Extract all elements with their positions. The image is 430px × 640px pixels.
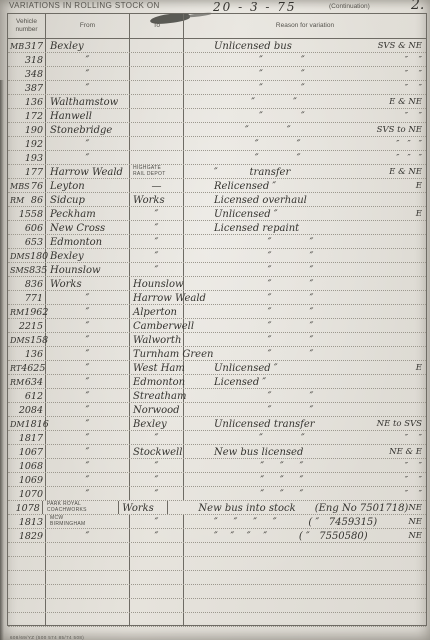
to-cell: Harrow Weald xyxy=(130,291,184,304)
variation-code: ″ ″ xyxy=(405,461,422,472)
variation-code: ″ ″ ″ xyxy=(396,139,422,150)
table-row: RM 634 ″ Edmonton Licensed ″ xyxy=(8,375,426,389)
to-cell: ″ xyxy=(130,221,184,234)
from-text: Edmonton xyxy=(50,237,102,248)
vehicle-cell: 1067 xyxy=(8,445,46,458)
to-text: Hounslow xyxy=(133,279,184,290)
from-cell: MCW BIRMINGHAM xyxy=(46,515,130,528)
from-text: Hanwell xyxy=(50,111,92,122)
vehicle-cell: RT 4625 xyxy=(8,361,46,374)
vehicle-prefix: SMS xyxy=(10,265,29,276)
vehicle-number: 1078 xyxy=(16,503,40,514)
reason-text: New bus into stock (Eng No 7501718) xyxy=(198,503,408,514)
to-cell xyxy=(130,151,184,164)
reason-cell xyxy=(184,557,426,570)
to-cell: Norwood xyxy=(130,403,184,416)
from-cell: ″ xyxy=(46,473,130,486)
vehicle-number: 634 xyxy=(25,377,43,388)
table-header-row: Vehicle number From To Reason for variat… xyxy=(8,14,426,39)
table-row: 1558 Peckham ″ Unlicensed ″ E xyxy=(8,207,426,221)
reason-cell: ″ ″ xyxy=(184,235,426,248)
vehicle-number: 4625 xyxy=(21,363,45,374)
vehicle-prefix: DM xyxy=(10,419,25,430)
variation-code: NE xyxy=(408,517,422,528)
table-row: 606 New Cross ″ Licensed repaint xyxy=(8,221,426,235)
vehicle-number: 1070 xyxy=(19,489,43,500)
reason-text: ″ ″ xyxy=(214,69,405,80)
vehicle-prefix: MB xyxy=(10,41,24,52)
reason-text: ″ ″ xyxy=(214,125,377,136)
to-cell: HIGHGATE RAIL DEPOT xyxy=(130,165,184,178)
reason-cell: ″ ″ ″ ″ ″ xyxy=(184,487,426,500)
vehicle-cell: 606 xyxy=(8,221,46,234)
reason-cell: Licensed ″ xyxy=(184,375,426,388)
vehicle-cell: 318 xyxy=(8,53,46,66)
reason-text: ″ ″ ″ ″ ( ″ 7459315) xyxy=(214,517,377,528)
to-text: ″ xyxy=(155,265,159,276)
reason-text: ″ ″ xyxy=(214,97,389,108)
reason-cell: Unlicensed ″ E xyxy=(184,361,426,374)
to-text: ″ xyxy=(155,237,159,248)
reason-cell: ″ ″ xyxy=(184,249,426,262)
from-cell: PARK ROYAL COACHWORKS xyxy=(43,501,119,514)
vehicle-cell xyxy=(8,571,46,584)
vehicle-cell xyxy=(8,557,46,570)
from-cell: Stonebridge xyxy=(46,123,130,136)
table-row: 1067 ″ Stockwell New bus licensed NE & E xyxy=(8,445,426,459)
variation-code: ″ ″ xyxy=(405,55,422,66)
from-text: ″ xyxy=(86,377,90,388)
vehicle-number: 136 xyxy=(25,349,43,360)
to-text: Edmonton xyxy=(133,377,185,388)
from-cell xyxy=(46,557,130,570)
table-row: 1817 ″ ″ ″ ″ ″ ″ xyxy=(8,431,426,445)
from-text: ″ xyxy=(86,293,90,304)
vehicle-cell: 1070 xyxy=(8,487,46,500)
vehicle-cell: RM 86 xyxy=(8,193,46,206)
to-text: ″ xyxy=(155,223,159,234)
table-row: 136 ″ Turnham Green ″ ″ xyxy=(8,347,426,361)
reason-text: ″ ″ xyxy=(214,279,422,290)
vehicle-number: 387 xyxy=(25,83,43,94)
to-text: ″ xyxy=(155,433,159,444)
vehicle-number: 177 xyxy=(25,167,43,178)
from-cell: Sidcup xyxy=(46,193,130,206)
reason-cell: Unlicensed transfer NE to SVS xyxy=(184,417,426,430)
vehicle-prefix: DMS xyxy=(10,335,30,346)
vehicle-number: 86 xyxy=(31,195,43,206)
reason-text: Relicensed ″ xyxy=(214,181,276,192)
header-reason: Reason for variation xyxy=(184,14,426,38)
from-cell: ″ xyxy=(46,137,130,150)
from-text: ″ xyxy=(86,139,90,150)
scan-edge-shadow xyxy=(0,80,4,640)
to-cell: Walworth xyxy=(130,333,184,346)
variation-code: NE xyxy=(408,503,422,514)
from-text: MCW BIRMINGHAM xyxy=(50,516,86,528)
reason-cell: ″ ″ xyxy=(184,347,426,360)
reason-cell: ″ ″ xyxy=(184,291,426,304)
vehicle-cell: 836 xyxy=(8,277,46,290)
to-text: ″ xyxy=(155,475,159,486)
from-text: Stonebridge xyxy=(50,125,112,136)
reason-cell: ″ ″ ″ ″ xyxy=(184,431,426,444)
to-text: Streatham xyxy=(133,391,186,402)
to-cell xyxy=(130,557,184,570)
reason-cell xyxy=(184,599,426,612)
table-row: 192 ″ ″ ″ ″ ″ ″ xyxy=(8,137,426,151)
variation-code: SVS & NE xyxy=(378,41,422,52)
to-cell xyxy=(130,571,184,584)
to-cell: ″ xyxy=(130,235,184,248)
from-cell: Peckham xyxy=(46,207,130,220)
table-row: RM 86 Sidcup Works Licensed overhaul xyxy=(8,193,426,207)
variation-code: E xyxy=(416,363,422,374)
vehicle-number: 318 xyxy=(25,55,43,66)
from-cell: ″ xyxy=(46,375,130,388)
reason-text: ″ ″ xyxy=(214,433,405,444)
from-cell: Hanwell xyxy=(46,109,130,122)
table-row: 771 ″ Harrow Weald ″ ″ xyxy=(8,291,426,305)
to-cell xyxy=(130,543,184,556)
to-text: Stockwell xyxy=(133,447,182,458)
from-cell: ″ xyxy=(46,347,130,360)
reason-cell xyxy=(184,585,426,598)
empty-row xyxy=(8,599,426,613)
from-text: Leyton xyxy=(50,181,85,192)
from-text: Hounslow xyxy=(50,265,101,276)
reason-cell: ″ ″ xyxy=(184,305,426,318)
reason-cell: ″ ″ E & NE xyxy=(184,95,426,108)
from-text: Peckham xyxy=(50,209,96,220)
vehicle-cell: 1817 xyxy=(8,431,46,444)
variation-code: ″ ″ xyxy=(405,111,422,122)
to-text: ″ xyxy=(155,461,159,472)
to-text: Walworth xyxy=(133,335,181,346)
from-cell: ″ xyxy=(46,67,130,80)
reason-text: Unlicensed bus xyxy=(214,41,292,52)
document-date-handwritten: 20 - 3 - 75 xyxy=(213,0,297,14)
reason-cell: ″ ″ ″ ″ xyxy=(184,67,426,80)
reason-text: ″ ″ xyxy=(214,335,422,346)
reason-cell: ″ ″ ″ ″ ″ xyxy=(184,473,426,486)
vehicle-number: 1558 xyxy=(19,209,43,220)
from-cell: ″ xyxy=(46,81,130,94)
to-cell xyxy=(130,585,184,598)
from-text: Bexley xyxy=(50,251,84,262)
empty-row xyxy=(8,613,426,627)
vehicle-cell: 192 xyxy=(8,137,46,150)
reason-text: ″ ″ xyxy=(214,405,422,416)
continuation-label: (Continuation) xyxy=(329,3,370,10)
vehicle-number: 136 xyxy=(25,97,43,108)
reason-text: ″ ″ xyxy=(214,251,422,262)
to-cell: ″ xyxy=(130,431,184,444)
from-text: New Cross xyxy=(50,223,105,234)
reason-cell: ″ ″ xyxy=(184,319,426,332)
reason-cell: New bus licensed NE & E xyxy=(184,445,426,458)
vehicle-cell: 136 xyxy=(8,347,46,360)
from-text: ″ xyxy=(86,405,90,416)
vehicle-number: 317 xyxy=(25,41,43,52)
table-row: MBS 76 Leyton — Relicensed ″ E xyxy=(8,179,426,193)
to-cell: Works xyxy=(119,501,168,514)
from-cell: ″ xyxy=(46,417,130,430)
reason-text: Unlicensed ″ xyxy=(214,209,278,220)
from-text: ″ xyxy=(86,153,90,164)
to-text: West Ham xyxy=(133,363,185,374)
to-text: HIGHGATE RAIL DEPOT xyxy=(133,166,166,178)
vehicle-cell xyxy=(8,613,46,626)
reason-cell: Unlicensed bus SVS & NE xyxy=(184,39,426,52)
from-cell: ″ xyxy=(46,151,130,164)
vehicle-number: 612 xyxy=(25,391,43,402)
from-cell xyxy=(46,613,130,626)
from-cell: Hounslow xyxy=(46,263,130,276)
table-row: MB 317 Bexley Unlicensed bus SVS & NE xyxy=(8,39,426,53)
vehicle-cell: 1069 xyxy=(8,473,46,486)
variation-code: ″ ″ xyxy=(405,475,422,486)
table-row: 318 ″ ″ ″ ″ ″ xyxy=(8,53,426,67)
variation-code: E xyxy=(416,209,422,220)
from-cell: ″ xyxy=(46,459,130,472)
empty-row xyxy=(8,585,426,599)
to-cell: ″ xyxy=(130,529,184,542)
from-text: ″ xyxy=(86,475,90,486)
vehicle-cell: 2215 xyxy=(8,319,46,332)
to-cell: Hounslow xyxy=(130,277,184,290)
from-text: Works xyxy=(50,279,82,290)
from-text: ″ xyxy=(86,461,90,472)
vehicle-number: 1829 xyxy=(19,531,43,542)
reason-cell xyxy=(184,613,426,626)
from-cell: ″ xyxy=(46,361,130,374)
from-cell: ″ xyxy=(46,445,130,458)
table-row: 1069 ″ ″ ″ ″ ″ ″ ″ xyxy=(8,473,426,487)
to-cell: Camberwell xyxy=(130,319,184,332)
reason-cell: ″ ″ ″ ″ ( ″ 7459315) NE xyxy=(184,515,426,528)
from-text: ″ xyxy=(86,489,90,500)
to-cell xyxy=(130,67,184,80)
vehicle-cell: DMS 158 xyxy=(8,333,46,346)
table-row: 612 ″ Streatham ″ ″ xyxy=(8,389,426,403)
vehicle-cell xyxy=(8,599,46,612)
from-cell: ″ xyxy=(46,291,130,304)
to-cell: Edmonton xyxy=(130,375,184,388)
to-text: Bexley xyxy=(133,419,167,430)
variation-code: ″ ″ xyxy=(405,433,422,444)
vehicle-cell: 1829 xyxy=(8,529,46,542)
table-row: DM 1816 ″ Bexley Unlicensed transfer NE … xyxy=(8,417,426,431)
reason-cell: Licensed overhaul xyxy=(184,193,426,206)
reason-text: Unlicensed transfer xyxy=(214,419,315,430)
to-cell: Works xyxy=(130,193,184,206)
table-row: 1068 ″ ″ ″ ″ ″ ″ ″ xyxy=(8,459,426,473)
reason-cell: ″ ″ ″ ″ ″ xyxy=(184,459,426,472)
variation-code: SVS to NE xyxy=(377,125,422,136)
to-cell xyxy=(130,95,184,108)
to-cell xyxy=(130,123,184,136)
reason-cell: ″ transfer E & NE xyxy=(184,165,426,178)
scanned-document-page: VARIATIONS IN ROLLING STOCK ON 20 - 3 - … xyxy=(0,0,430,640)
vehicle-number: 606 xyxy=(25,223,43,234)
reason-text: ″ ″ ″ ″ ( ″ 7550580) xyxy=(214,531,368,542)
vehicle-cell: MBS 76 xyxy=(8,179,46,192)
vehicle-cell: 1068 xyxy=(8,459,46,472)
to-cell xyxy=(130,109,184,122)
to-cell: ″ xyxy=(130,473,184,486)
to-text: — xyxy=(152,181,162,192)
reason-cell: ″ ″ SVS to NE xyxy=(184,123,426,136)
page-number-handwritten: 2. xyxy=(411,0,424,13)
from-text: ″ xyxy=(86,83,90,94)
reason-cell xyxy=(184,571,426,584)
reason-text: ″ ″ xyxy=(214,237,422,248)
from-cell: Works xyxy=(46,277,130,290)
reason-text: ″ ″ xyxy=(214,349,422,360)
vehicle-number: 76 xyxy=(31,181,43,192)
from-text: ″ xyxy=(86,391,90,402)
vehicle-number: 836 xyxy=(25,279,43,290)
from-text: ″ xyxy=(86,433,90,444)
reason-text: ″ ″ xyxy=(214,391,422,402)
vehicle-number: 2084 xyxy=(19,405,43,416)
vehicle-cell: 653 xyxy=(8,235,46,248)
from-text: ″ xyxy=(86,321,90,332)
reason-text: ″ ″ xyxy=(214,307,422,318)
empty-row xyxy=(8,557,426,571)
vehicle-cell: MB 317 xyxy=(8,39,46,52)
vehicle-cell: SMS 835 xyxy=(8,263,46,276)
table-row: 653 Edmonton ″ ″ ″ xyxy=(8,235,426,249)
from-text: ″ xyxy=(86,55,90,66)
to-cell xyxy=(130,81,184,94)
reason-text: ″ ″ ″ xyxy=(214,475,405,486)
from-text: PARK ROYAL COACHWORKS xyxy=(47,502,87,514)
reason-text: ″ ″ xyxy=(214,293,422,304)
vehicle-prefix: RT xyxy=(10,363,21,374)
reason-cell: ″ ″ ″ ″ ″ xyxy=(184,151,426,164)
empty-row xyxy=(8,571,426,585)
reason-cell: Relicensed ″ E xyxy=(184,179,426,192)
reason-cell: ″ ″ xyxy=(184,389,426,402)
table-row: 348 ″ ″ ″ ″ ″ xyxy=(8,67,426,81)
vehicle-cell: 771 xyxy=(8,291,46,304)
table-row: 836 Works Hounslow ″ ″ xyxy=(8,277,426,291)
to-cell: ″ xyxy=(130,487,184,500)
from-cell: Bexley xyxy=(46,249,130,262)
variation-code: NE xyxy=(408,531,422,542)
reason-text: ″ ″ xyxy=(214,265,422,276)
to-text: ″ xyxy=(155,489,159,500)
variation-code: E & NE xyxy=(389,97,422,108)
reason-text: ″ ″ xyxy=(214,153,396,164)
reason-cell: ″ ″ xyxy=(184,263,426,276)
to-text: Norwood xyxy=(133,405,180,416)
reason-cell: New bus into stock (Eng No 7501718) NE xyxy=(168,501,426,514)
from-text: ″ xyxy=(86,531,90,542)
vehicle-cell: 136 xyxy=(8,95,46,108)
vehicle-number: 1813 xyxy=(19,517,43,528)
reason-cell: ″ ″ xyxy=(184,333,426,346)
vehicle-cell: 2084 xyxy=(8,403,46,416)
vehicle-cell xyxy=(8,543,46,556)
from-text: Harrow Weald xyxy=(50,167,123,178)
to-cell: Streatham xyxy=(130,389,184,402)
vehicle-number: 835 xyxy=(29,265,47,276)
from-cell: ″ xyxy=(46,487,130,500)
reason-cell: Licensed repaint xyxy=(184,221,426,234)
from-cell: ″ xyxy=(46,529,130,542)
reason-cell: ″ ″ ″ ″ xyxy=(184,81,426,94)
variation-code: ″ ″ xyxy=(405,489,422,500)
from-text: Bexley xyxy=(50,41,84,52)
from-cell: Leyton xyxy=(46,179,130,192)
from-text: ″ xyxy=(86,363,90,374)
table-row: 172 Hanwell ″ ″ ″ ″ xyxy=(8,109,426,123)
to-cell: Stockwell xyxy=(130,445,184,458)
table-row: 1070 ″ ″ ″ ″ ″ ″ ″ xyxy=(8,487,426,501)
vehicle-cell: 1558 xyxy=(8,207,46,220)
variation-code: NE & E xyxy=(389,447,422,458)
from-cell: ″ xyxy=(46,333,130,346)
to-cell xyxy=(130,599,184,612)
to-cell: ″ xyxy=(130,515,184,528)
from-text: Sidcup xyxy=(50,195,85,206)
reason-text: New bus licensed xyxy=(214,447,303,458)
table-row: RT 4625 ″ West Ham Unlicensed ″ E xyxy=(8,361,426,375)
vehicle-number: 653 xyxy=(25,237,43,248)
table-row: 387 ″ ″ ″ ″ ″ xyxy=(8,81,426,95)
to-cell: Alperton xyxy=(130,305,184,318)
vehicle-cell: RM 1962 xyxy=(8,305,46,318)
reason-text: Unlicensed ″ xyxy=(214,363,278,374)
to-cell: ″ xyxy=(130,263,184,276)
reason-cell: ″ ″ ″ ″ xyxy=(184,109,426,122)
empty-row xyxy=(8,543,426,557)
vehicle-cell: 612 xyxy=(8,389,46,402)
vehicle-number: 1068 xyxy=(19,461,43,472)
to-text: Works xyxy=(122,503,154,514)
variation-code: ″ ″ ″ xyxy=(396,153,422,164)
from-cell: ″ xyxy=(46,305,130,318)
reason-text: Licensed ″ xyxy=(214,377,266,388)
reason-text: ″ ″ xyxy=(214,111,405,122)
from-text: ″ xyxy=(86,69,90,80)
vehicle-cell: 348 xyxy=(8,67,46,80)
reason-text: ″ ″ ″ xyxy=(214,461,405,472)
from-cell: ″ xyxy=(46,319,130,332)
from-text: ″ xyxy=(86,349,90,360)
variation-code: ″ ″ xyxy=(405,83,422,94)
table-row: 1078 PARK ROYAL COACHWORKS Works New bus… xyxy=(8,501,426,515)
reason-text: Licensed repaint xyxy=(214,223,299,234)
to-cell: ″ xyxy=(130,207,184,220)
reason-text: ″ ″ xyxy=(214,55,405,66)
print-code: 608/69/YZ (500 574 85/74 508) xyxy=(10,635,84,640)
from-text: ″ xyxy=(86,307,90,318)
vehicle-cell: 177 xyxy=(8,165,46,178)
to-cell xyxy=(130,613,184,626)
to-cell: Turnham Green xyxy=(130,347,184,360)
to-text: ″ xyxy=(155,517,159,528)
from-cell: ″ xyxy=(46,53,130,66)
from-cell xyxy=(46,543,130,556)
from-text: Walthamstow xyxy=(50,97,118,108)
from-cell: Harrow Weald xyxy=(46,165,130,178)
vehicle-cell: 387 xyxy=(8,81,46,94)
table-row: 1813 MCW BIRMINGHAM ″ ″ ″ ″ ″ ( ″ 745931… xyxy=(8,515,426,529)
